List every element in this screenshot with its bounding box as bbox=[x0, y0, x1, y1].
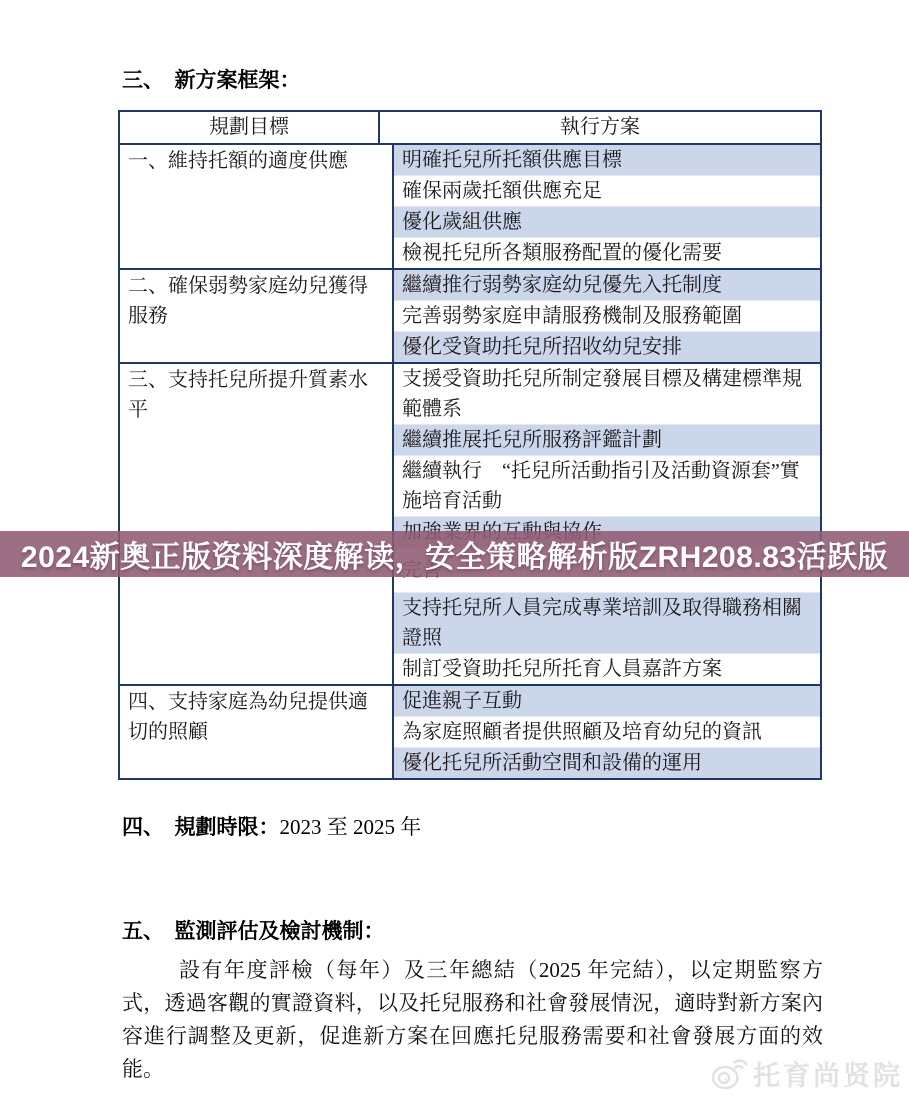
plan-item: 檢視托兒所各類服務配置的優化需要 bbox=[394, 238, 820, 268]
framework-heading: 三、 新方案框架： bbox=[122, 64, 301, 94]
timeline-heading: 四、 規劃時限：2023 至 2025 年 bbox=[122, 811, 421, 841]
table-row: 二、確保弱勢家庭幼兒獲得服務 繼續推行弱勢家庭幼兒優先入托制度 完善弱勢家庭申請… bbox=[120, 270, 820, 364]
goal-cell: 一、維持托額的適度供應 bbox=[120, 145, 394, 268]
plan-item: 確保兩歲托額供應充足 bbox=[394, 176, 820, 207]
goal-cell: 四、支持家庭為幼兒提供適切的照顧 bbox=[120, 686, 394, 778]
plan-item: 繼續推展托兒所服務評鑑計劃 bbox=[394, 425, 820, 456]
column-header-plan: 執行方案 bbox=[380, 112, 820, 143]
document-page: 三、 新方案框架： 規劃目標 執行方案 一、維持托額的適度供應 明確托兒所托額供… bbox=[0, 0, 909, 1101]
plan-item: 促進親子互動 bbox=[394, 686, 820, 717]
timeline-value: 2023 至 2025 年 bbox=[280, 815, 422, 839]
column-header-goal: 規劃目標 bbox=[120, 112, 380, 143]
plan-item: 支援受資助托兒所制定發展目標及構建標準規範體系 bbox=[394, 364, 820, 425]
plan-item: 優化受資助托兒所招收幼兒安排 bbox=[394, 332, 820, 362]
plan-item: 為家庭照顧者提供照顧及培育幼兒的資訊 bbox=[394, 717, 820, 748]
weibo-icon bbox=[710, 1057, 748, 1091]
plan-cell-list: 明確托兒所托額供應目標 確保兩歲托額供應充足 優化歲組供應 檢視托兒所各類服務配… bbox=[394, 145, 820, 268]
plan-cell-list: 支援受資助托兒所制定發展目標及構建標準規範體系 繼續推展托兒所服務評鑑計劃 繼續… bbox=[394, 364, 820, 684]
table-row: 三、支持托兒所提升質素水平 支援受資助托兒所制定發展目標及構建標準規範體系 繼續… bbox=[120, 364, 820, 686]
plan-item: 繼續推行弱勢家庭幼兒優先入托制度 bbox=[394, 270, 820, 301]
plan-item: 制訂受資助托兒所托育人員嘉許方案 bbox=[394, 654, 820, 684]
plan-cell-list: 繼續推行弱勢家庭幼兒優先入托制度 完善弱勢家庭申請服務機制及服務範圍 優化受資助… bbox=[394, 270, 820, 362]
plan-item: 支持托兒所人員完成專業培訓及取得職務相關證照 bbox=[394, 593, 820, 654]
table-row: 一、維持托額的適度供應 明確托兒所托額供應目標 確保兩歲托額供應充足 優化歲組供… bbox=[120, 145, 820, 270]
plan-item: 優化托兒所活動空間和設備的運用 bbox=[394, 748, 820, 778]
table-row: 四、支持家庭為幼兒提供適切的照顧 促進親子互動 為家庭照顧者提供照顧及培育幼兒的… bbox=[120, 686, 820, 778]
plan-item: 優化歲組供應 bbox=[394, 207, 820, 238]
plan-cell-list: 促進親子互動 為家庭照顧者提供照顧及培育幼兒的資訊 優化托兒所活動空間和設備的運… bbox=[394, 686, 820, 778]
goal-cell: 三、支持托兒所提升質素水平 bbox=[120, 364, 394, 684]
watermark-text: 托育尚贤院 bbox=[753, 1054, 903, 1093]
goal-cell: 二、確保弱勢家庭幼兒獲得服務 bbox=[120, 270, 394, 362]
timeline-label: 四、 規劃時限： bbox=[122, 815, 280, 839]
monitor-heading: 五、 監測評估及檢討機制： bbox=[122, 915, 385, 945]
plan-item: 明確托兒所托額供應目標 bbox=[394, 145, 820, 176]
watermark: 托育尚贤院 bbox=[710, 1054, 903, 1093]
table-header-row: 規劃目標 執行方案 bbox=[120, 112, 820, 145]
plan-item: 完善弱勢家庭申請服務機制及服務範圍 bbox=[394, 301, 820, 332]
plan-table: 規劃目標 執行方案 一、維持托額的適度供應 明確托兒所托額供應目標 確保兩歲托額… bbox=[118, 110, 822, 780]
plan-item: 繼續執行 “托兒所活動指引及活動資源套”實施培育活動 bbox=[394, 456, 820, 517]
promo-banner-overlay: 2024新奥正版资料深度解读，安全策略解析版ZRH208.83活跃版 bbox=[0, 531, 909, 577]
